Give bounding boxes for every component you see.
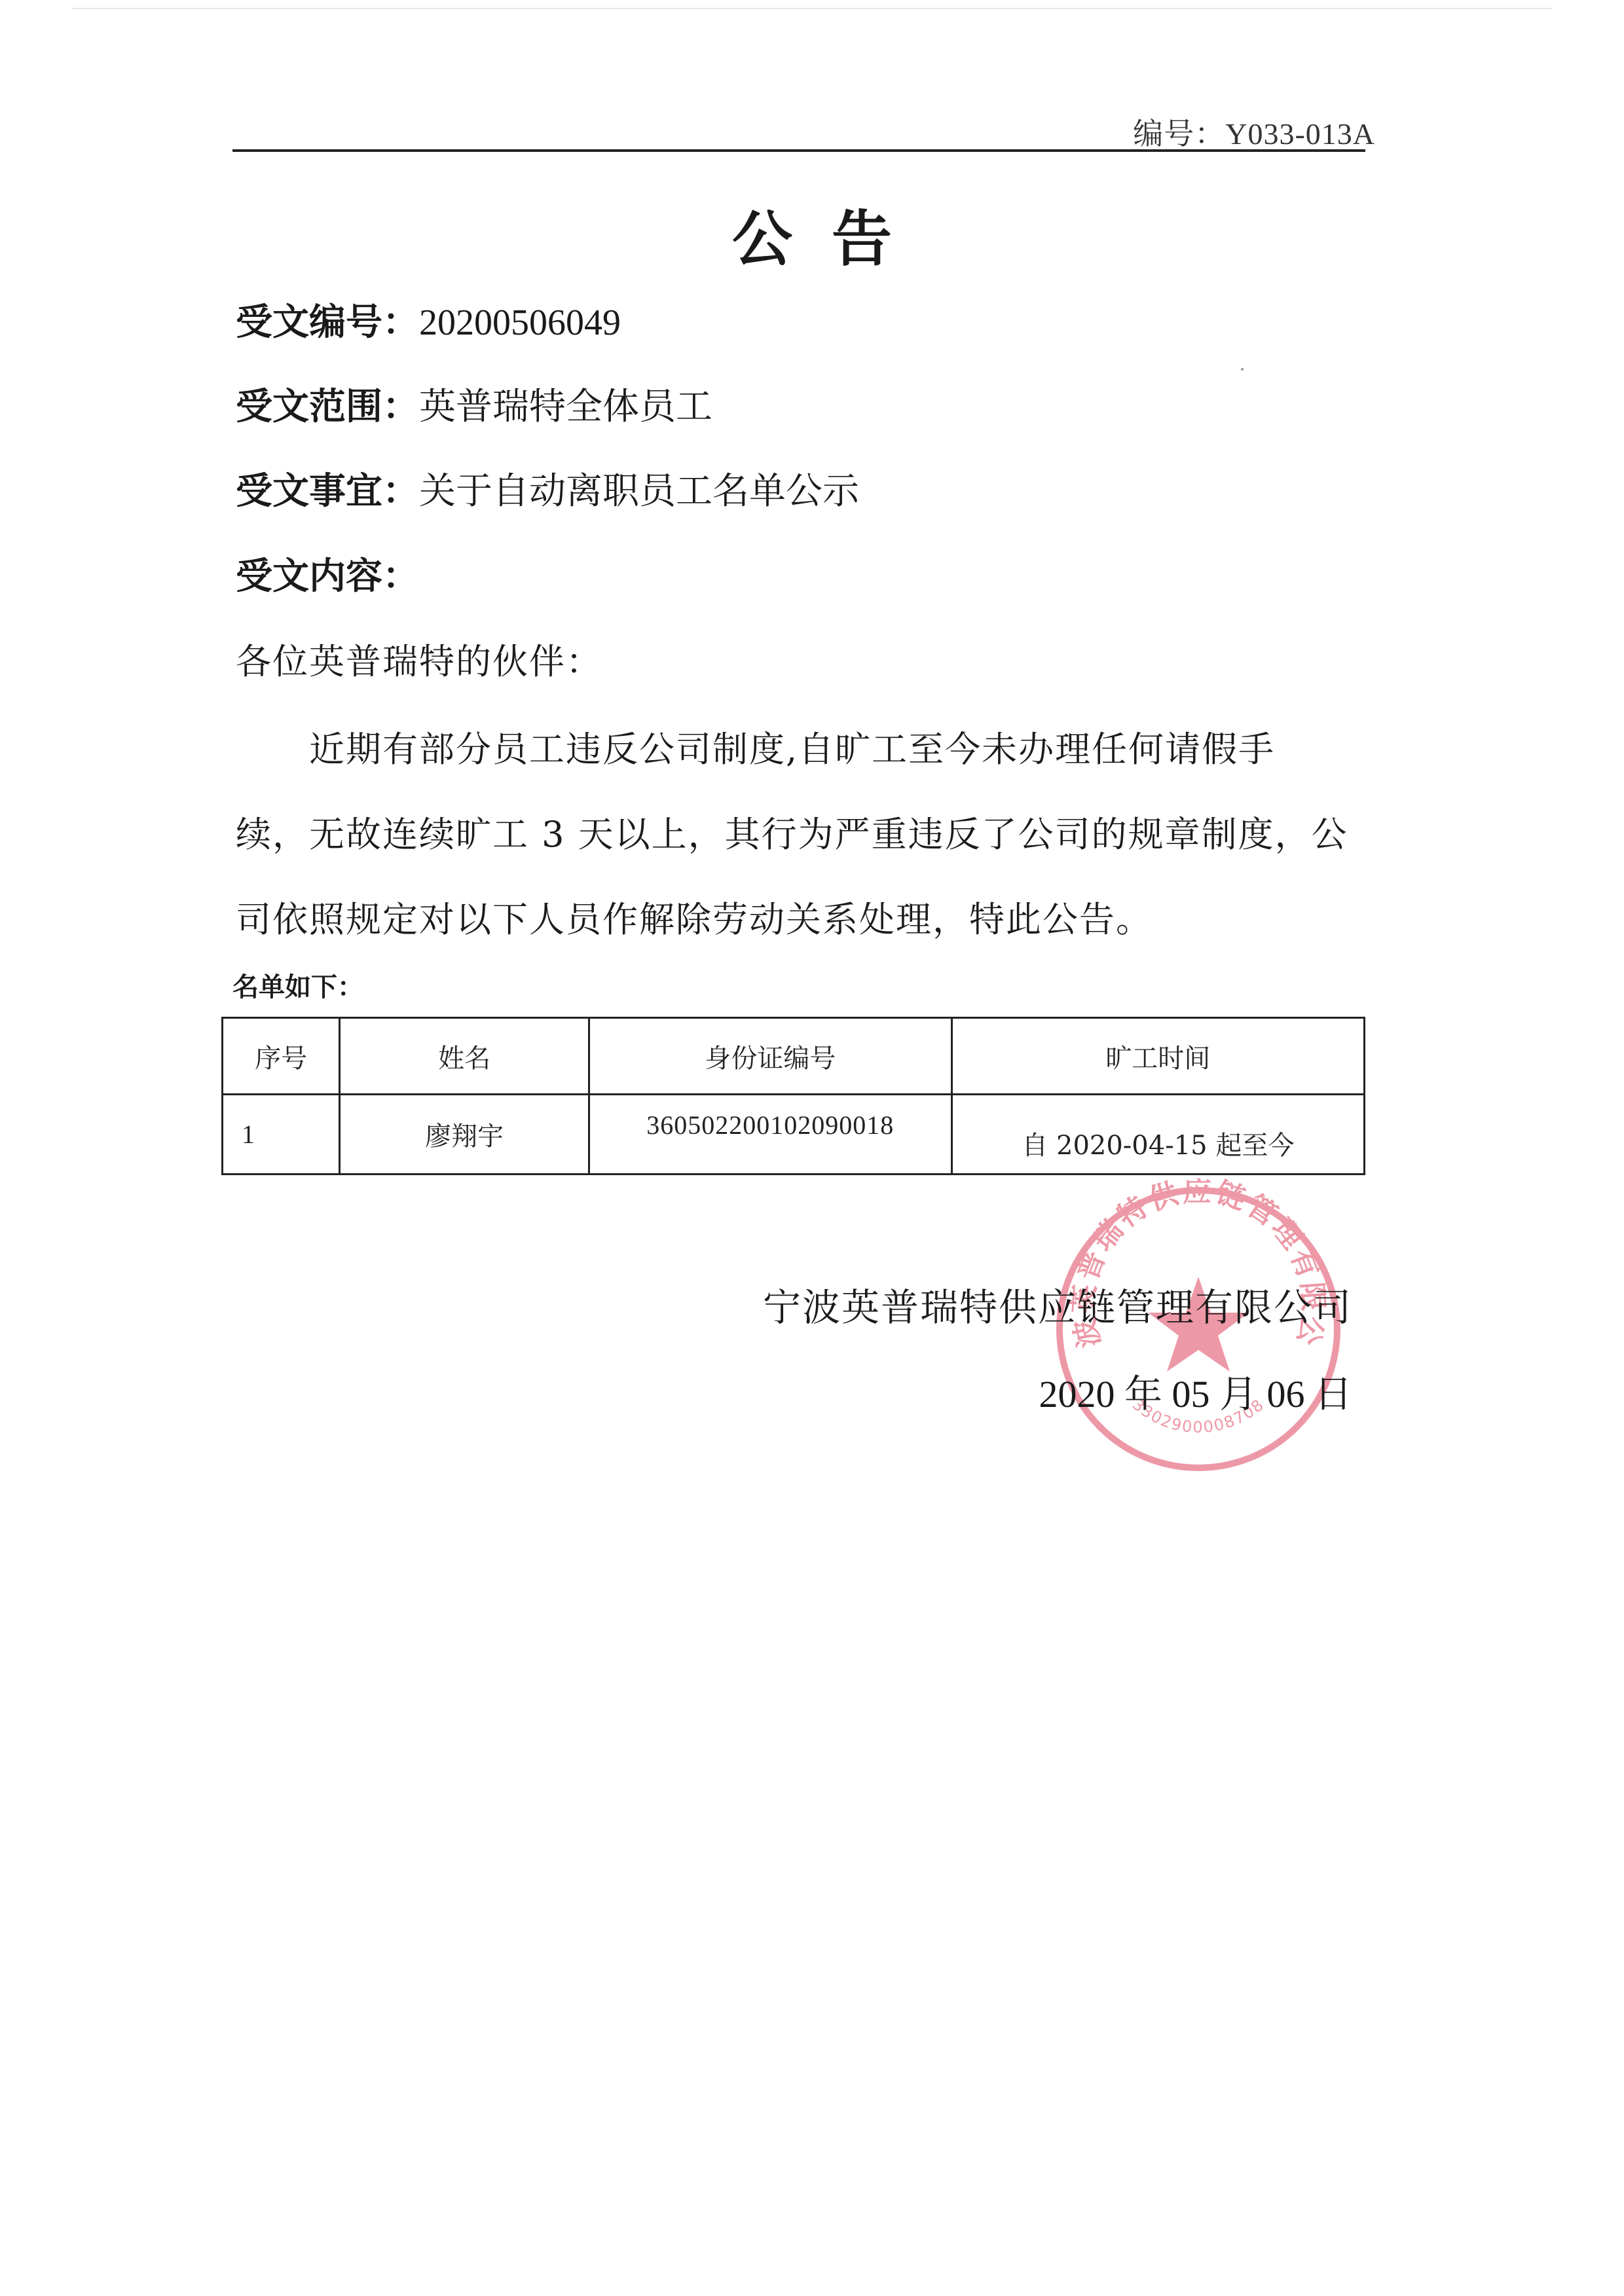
body-line-3: 司依照规定对以下人员作解除劳动关系处理，特此公告。 xyxy=(236,892,1372,942)
employee-table: 序号 姓名 身份证编号 旷工时间 1 廖翔宇 36050220010209001… xyxy=(221,1017,1365,1175)
field-subject: 受文事宜：关于自动离职员工名单公示 xyxy=(236,462,859,515)
document-code-value: Y033-013A xyxy=(1225,117,1375,151)
cell-name: 廖翔宇 xyxy=(340,1095,589,1175)
list-title: 名单如下： xyxy=(232,966,363,1004)
page-title: 公告 xyxy=(0,191,1624,278)
body-line-2: 续，无故连续旷工 3 天以上，其行为严重违反了公司的规章制度，公 xyxy=(236,807,1372,857)
field-value: 关于自动离职员工名单公示 xyxy=(419,470,859,513)
column-header-id-number: 身份证编号 xyxy=(589,1018,951,1095)
field-label: 受文事宜： xyxy=(236,470,419,513)
scan-speck xyxy=(1241,368,1244,371)
table-row: 1 廖翔宇 360502200102090018 自 2020-04-15 起至… xyxy=(223,1095,1365,1175)
cell-index: 1 xyxy=(223,1095,340,1175)
column-header-absence-time: 旷工时间 xyxy=(951,1018,1364,1095)
column-header-index: 序号 xyxy=(223,1018,340,1095)
field-value: 英普瑞特全体员工 xyxy=(419,386,712,428)
cell-absence-time: 自 2020-04-15 起至今 xyxy=(951,1095,1364,1175)
field-scope: 受文范围：英普瑞特全体员工 xyxy=(236,378,712,430)
field-content: 受文内容： xyxy=(236,547,419,600)
signature-date: 2020 年 05 月 06 日 xyxy=(1039,1363,1352,1418)
cell-id-number: 360502200102090018 xyxy=(589,1095,951,1175)
field-value: 20200506049 xyxy=(419,302,621,343)
header-divider xyxy=(232,149,1365,152)
document-code-label: 编号： xyxy=(1133,116,1225,151)
signature-company: 宁波英普瑞特供应链管理有限公司 xyxy=(763,1277,1352,1332)
table-header-row: 序号 姓名 身份证编号 旷工时间 xyxy=(223,1018,1365,1095)
scan-edge-line xyxy=(72,8,1552,9)
field-document-number: 受文编号：20200506049 xyxy=(236,293,621,346)
field-label: 受文编号： xyxy=(236,301,419,344)
salutation: 各位英普瑞特的伙伴： xyxy=(236,634,1372,684)
document-code: 编号：Y033-013A xyxy=(1133,110,1375,153)
body-line-1: 近期有部分员工违反公司制度,自旷工至今未办理任何请假手 xyxy=(236,721,1372,772)
column-header-name: 姓名 xyxy=(340,1018,589,1095)
field-label: 受文范围： xyxy=(236,386,419,428)
field-label: 受文内容： xyxy=(236,555,419,598)
